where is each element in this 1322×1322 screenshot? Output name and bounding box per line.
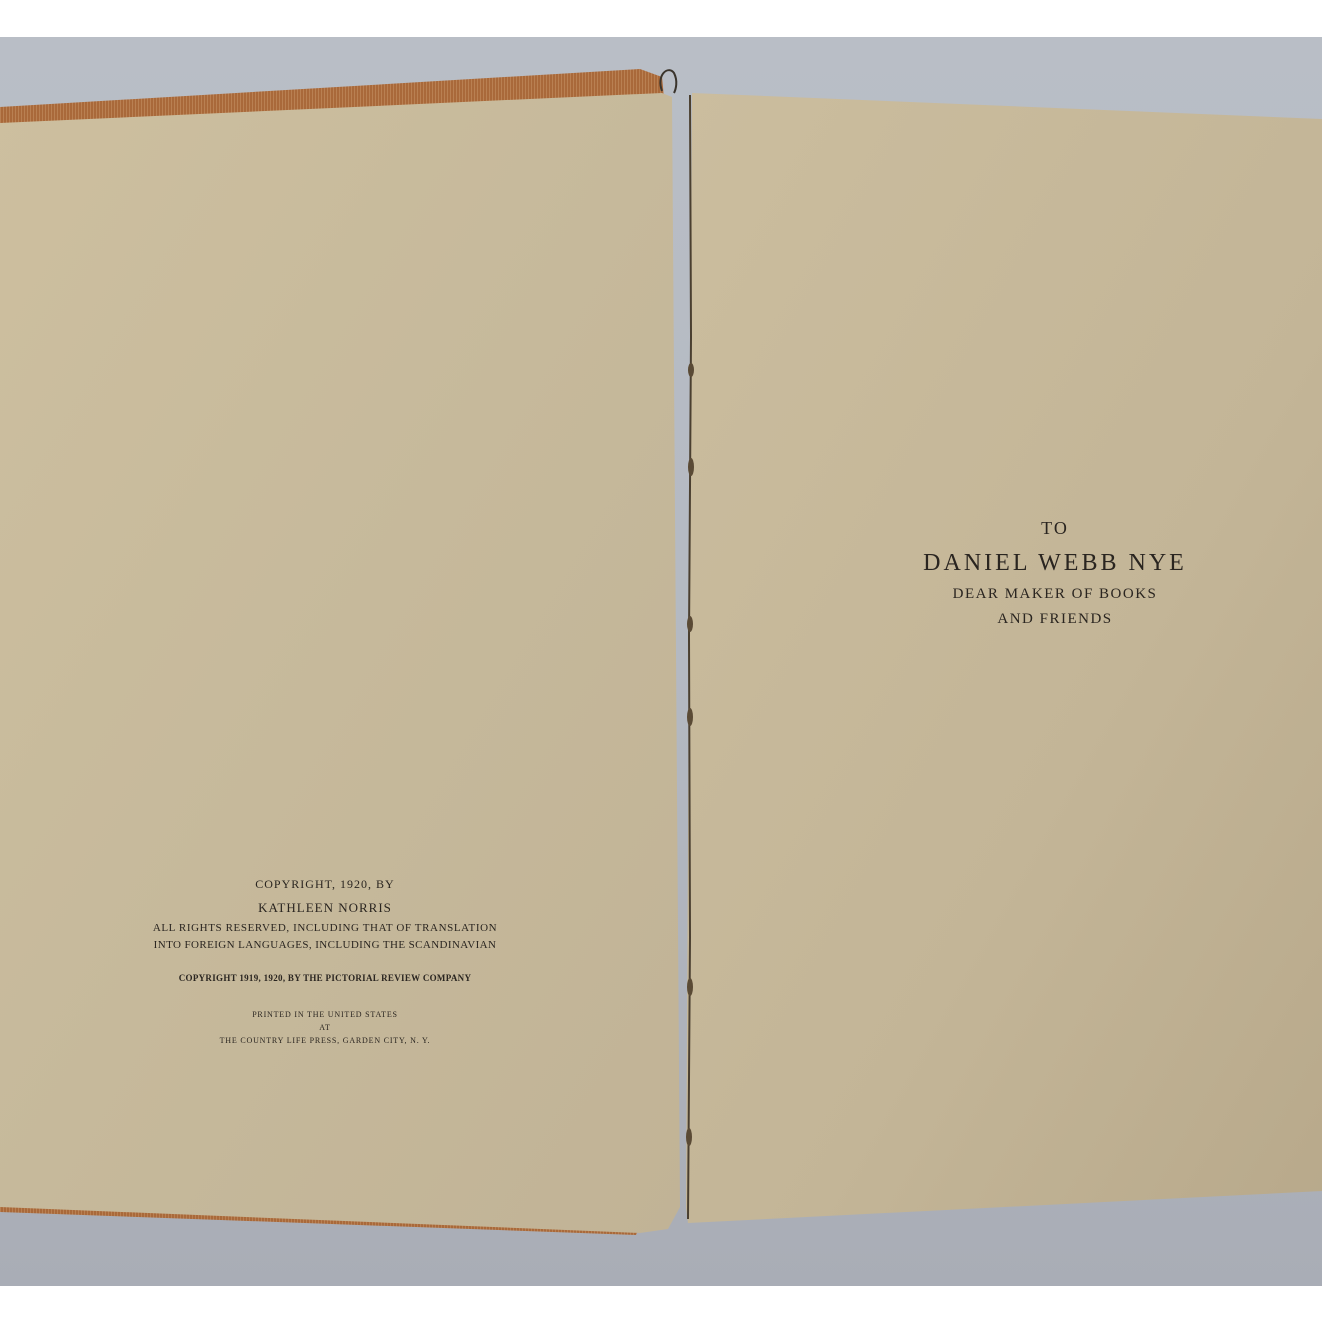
press-line: THE COUNTRY LIFE PRESS, GARDEN CITY, N. … xyxy=(110,1034,540,1047)
author-name: KATHLEEN NORRIS xyxy=(110,896,540,920)
copyright-block: COPYRIGHT, 1920, BY KATHLEEN NORRIS ALL … xyxy=(110,872,540,1047)
right-page xyxy=(0,37,1322,1286)
serial-copyright-line: COPYRIGHT 1919, 1920, BY THE PICTORIAL R… xyxy=(110,970,540,986)
printed-in-line: PRINTED IN THE UNITED STATES xyxy=(110,1008,540,1021)
dedication-block: TO DANIEL WEBB NYE DEAR MAKER OF BOOKS A… xyxy=(900,514,1210,632)
dedication-line-1: DEAR MAKER OF BOOKS xyxy=(900,582,1210,607)
dedication-to: TO xyxy=(900,514,1210,542)
rights-line-1: ALL RIGHTS RESERVED, INCLUDING THAT OF T… xyxy=(110,920,540,937)
copyright-line: COPYRIGHT, 1920, BY xyxy=(110,872,540,896)
printed-at-line: AT xyxy=(110,1021,540,1034)
dedication-line-2: AND FRIENDS xyxy=(900,607,1210,632)
dedicatee-name: DANIEL WEBB NYE xyxy=(900,546,1210,580)
rights-line-2: INTO FOREIGN LANGUAGES, INCLUDING THE SC… xyxy=(110,937,540,954)
book-photo: COPYRIGHT, 1920, BY KATHLEEN NORRIS ALL … xyxy=(0,37,1322,1286)
